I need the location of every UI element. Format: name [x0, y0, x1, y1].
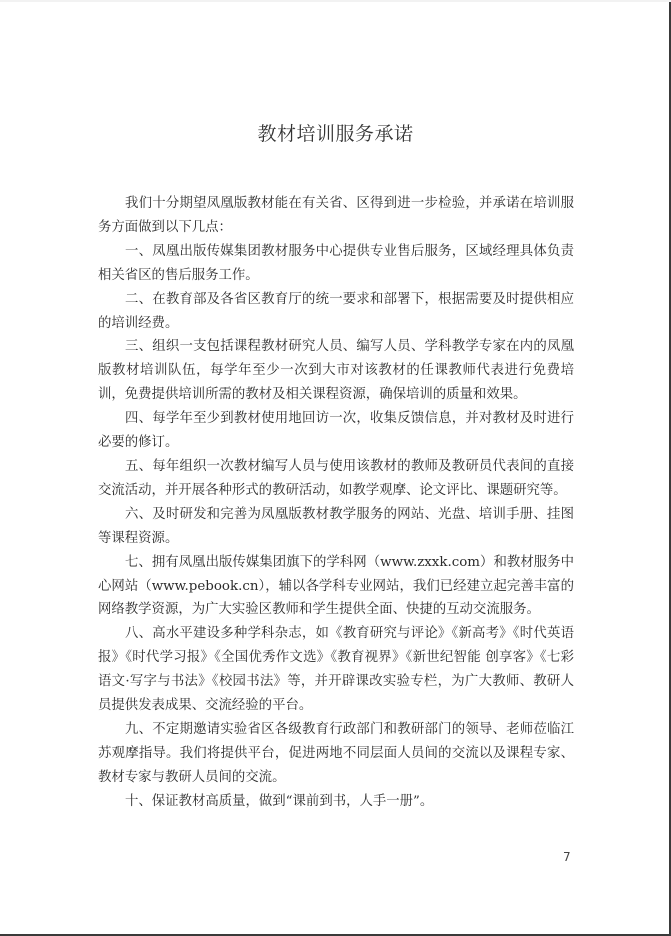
- commitment-paragraph-4: 四、每学年至少到教材使用地回访一次，收集反馈信息，并对教材及时进行必要的修订。: [98, 407, 574, 455]
- commitment-paragraph-10: 十、保证教材高质量，做到“课前到书，人手一册”。: [98, 790, 574, 814]
- page-title: 教材培训服务承诺: [0, 119, 671, 146]
- intro-paragraph: 我们十分期望凤凰版教材能在有关省、区得到进一步检验，并承诺在培训服务方面做到以下…: [98, 192, 574, 240]
- document-page: 教材培训服务承诺 我们十分期望凤凰版教材能在有关省、区得到进一步检验，并承诺在培…: [0, 2, 671, 936]
- commitment-paragraph-1: 一、凤凰出版传媒集团教材服务中心提供专业售后服务，区域经理具体负责相关省区的售后…: [98, 240, 574, 288]
- commitment-paragraph-8: 八、高水平建设多种学科杂志，如《教育研究与评论》《新高考》《时代英语报》《时代学…: [98, 622, 574, 718]
- document-body: 我们十分期望凤凰版教材能在有关省、区得到进一步检验，并承诺在培训服务方面做到以下…: [98, 192, 574, 814]
- commitment-paragraph-6: 六、及时研发和完善为凤凰版教材教学服务的网站、光盘、培训手册、挂图等课程资源。: [98, 503, 574, 551]
- commitment-paragraph-2: 二、在教育部及各省区教育厅的统一要求和部署下，根据需要及时提供相应的培训经费。: [98, 288, 574, 336]
- commitment-paragraph-3: 三、组织一支包括课程教材研究人员、编写人员、学科教学专家在内的凤凰版教材培训队伍…: [98, 335, 574, 407]
- page-number: 7: [563, 850, 571, 864]
- commitment-paragraph-5: 五、每年组织一次教材编写人员与使用该教材的教师及教研员代表间的直接交流活动，并开…: [98, 455, 574, 503]
- commitment-paragraph-9: 九、不定期邀请实验省区各级教育行政部门和教研部门的领导、老师莅临江苏观摩指导。我…: [98, 718, 574, 790]
- commitment-paragraph-7: 七、拥有凤凰出版传媒集团旗下的学科网（www.zxxk.com）和教材服务中心网…: [98, 551, 574, 623]
